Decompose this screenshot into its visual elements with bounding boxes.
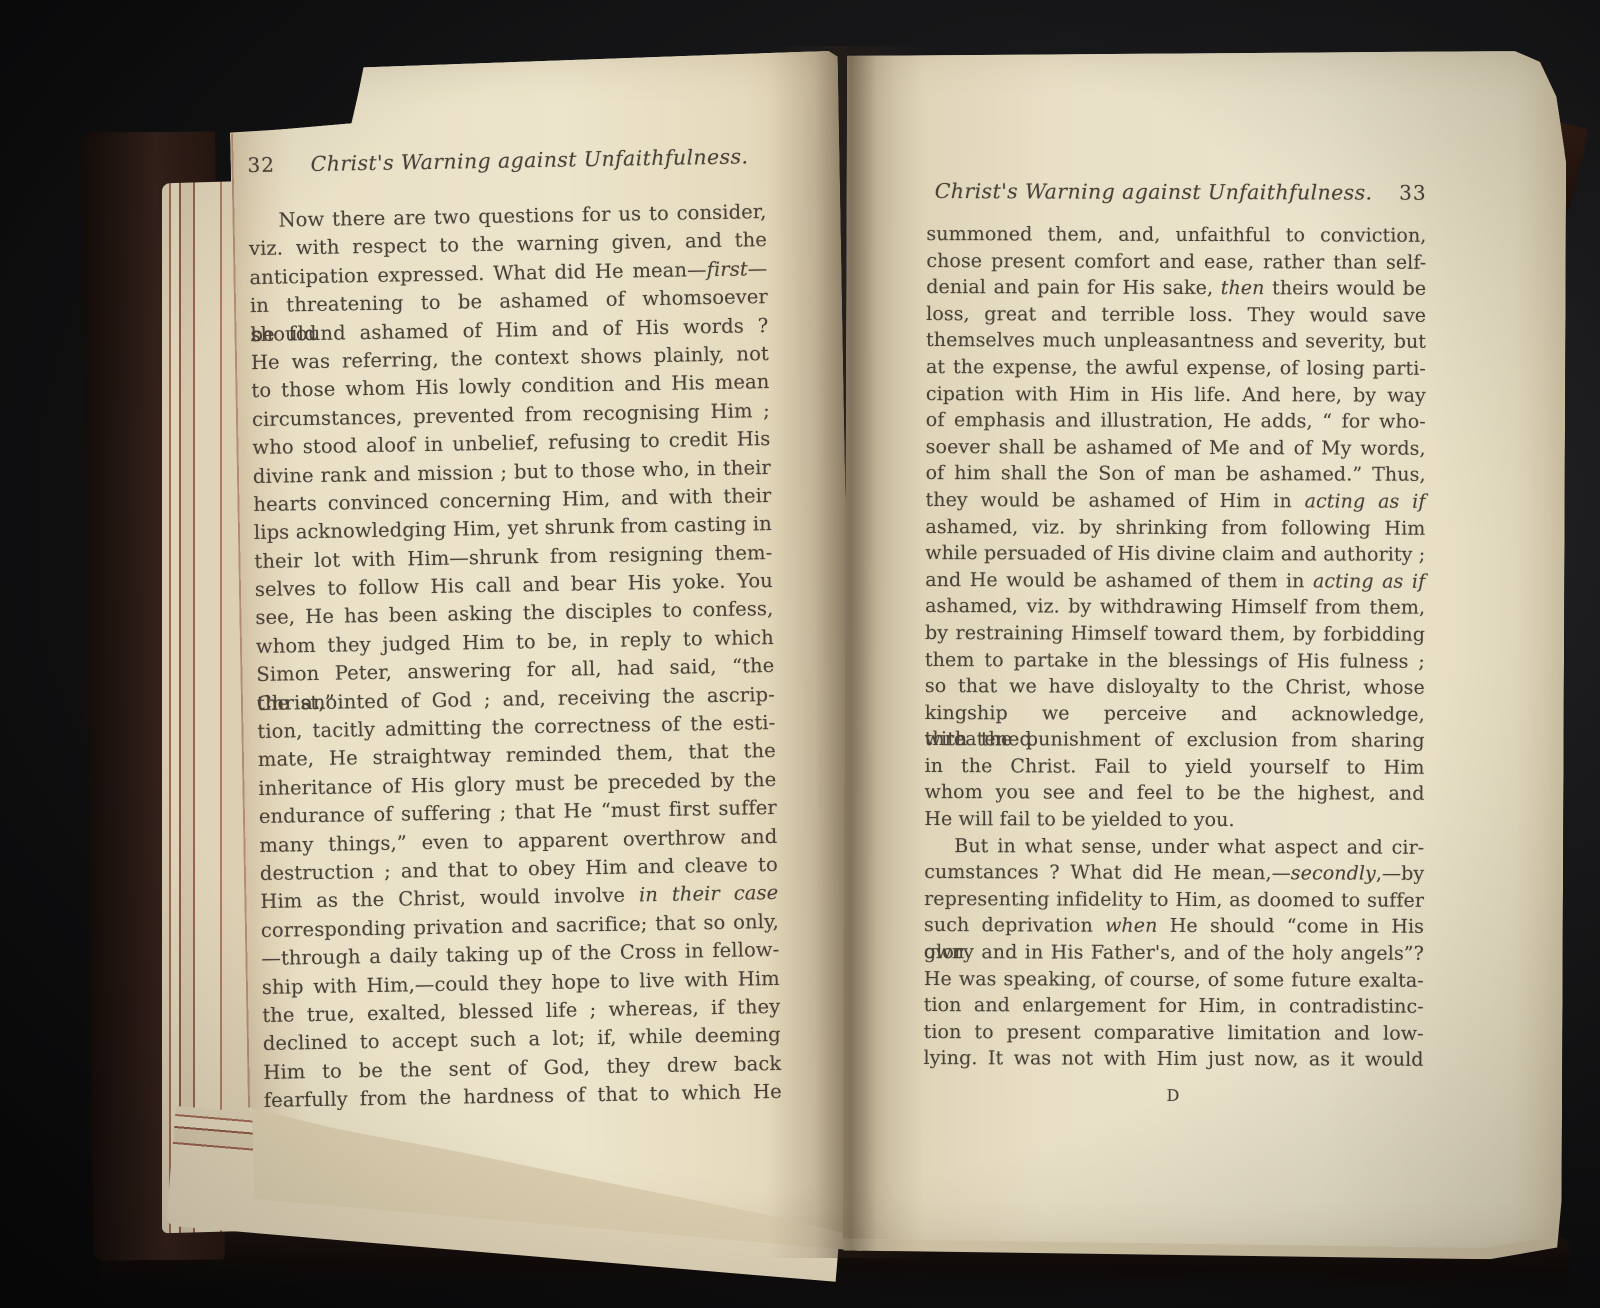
text-line: themselves much unpleasantness and sever… [926, 327, 1426, 355]
text-line: so that we have disloyalty to the Christ… [925, 673, 1425, 701]
text-line: while persuaded of His divine claim and … [925, 540, 1425, 568]
text-line: cumstances ? What did He mean,—secondly,… [924, 859, 1424, 887]
text-line: ashamed, viz. by withdrawing Himself fro… [925, 593, 1425, 621]
text-line: by restraining Himself toward them, by f… [925, 620, 1425, 648]
left-page-number: 32 [247, 152, 293, 177]
text-line: He will fail to be yielded to you. [924, 806, 1424, 834]
text-line: summoned them, and, unfaithful to convic… [926, 221, 1426, 249]
text-line: such deprivation when He should “come in… [924, 912, 1424, 940]
right-page-text: summoned them, and, unfaithful to convic… [923, 221, 1426, 1106]
left-running-header: 32 Christ's Warning against Unfaithfulne… [247, 144, 765, 177]
text-line: of him shall the Son of man be ashamed.”… [926, 460, 1426, 488]
text-line: them to partake in the blessings of His … [925, 647, 1425, 675]
text-line: But in what sense, under what aspect and… [924, 833, 1424, 861]
text-line: whom you see and feel to be the highest,… [924, 779, 1424, 807]
right-running-header: Christ's Warning against Unfaithfulness.… [927, 179, 1427, 205]
left-page-text: Now there are two questions for us to co… [248, 198, 782, 1115]
text-line: they would be ashamed of Him in acting a… [925, 487, 1425, 515]
right-page-number: 33 [1381, 181, 1427, 205]
text-line: cipation with Him in His life. And here,… [926, 381, 1426, 409]
text-line: tion to present comparative limitation a… [924, 1019, 1424, 1047]
text-line: at the expense, the awful expense, of lo… [926, 354, 1426, 382]
book-photograph: 32 Christ's Warning against Unfaithfulne… [0, 0, 1600, 1308]
text-line: kingship we perceive and acknowledge, th… [925, 700, 1425, 728]
text-line: He was speaking, of course, of some futu… [924, 966, 1424, 994]
text-line: chose present comfort and ease, rather t… [926, 248, 1426, 276]
text-line: lying. It was not with Him just now, as … [924, 1045, 1424, 1073]
right-header-title: Christ's Warning against Unfaithfulness. [927, 179, 1381, 205]
text-line: in the Christ. Fail to yield yourself to… [925, 753, 1425, 781]
left-page: 32 Christ's Warning against Unfaithfulne… [230, 51, 859, 1247]
text-line: tion and enlargement for Him, in contrad… [924, 992, 1424, 1020]
text-line: representing infidelity to Him, as doome… [924, 886, 1424, 914]
text-line: glory and in His Father's, and of the ho… [924, 939, 1424, 967]
right-page: Christ's Warning against Unfaithfulness.… [843, 49, 1565, 1248]
text-line: and He would be ashamed of them in actin… [925, 567, 1425, 595]
text-line: denial and pain for His sake, then their… [926, 274, 1426, 302]
text-line: ashamed, viz. by shrinking from followin… [925, 514, 1425, 542]
text-line: of emphasis and illustration, He adds, “… [926, 407, 1426, 435]
text-line: loss, great and terrible loss. They woul… [926, 301, 1426, 329]
text-line: soever shall be ashamed of Me and of My … [926, 434, 1426, 462]
signature-mark: D [923, 1085, 1423, 1106]
left-header-title: Christ's Warning against Unfaithfulness. [293, 144, 765, 176]
text-line: with the punishment of exclusion from sh… [925, 726, 1425, 754]
